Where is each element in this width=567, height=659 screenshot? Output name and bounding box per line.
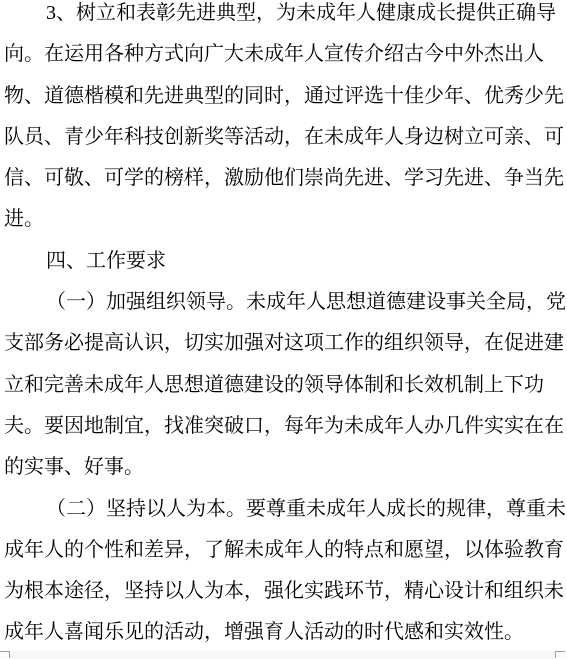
doc-line: 支部务必提高认识，切实加强对这项工作的组织领导，在促进建 bbox=[4, 323, 565, 364]
doc-line: 立和完善未成年人思想道德建设的领导体制和长效机制上下功 bbox=[4, 365, 565, 406]
doc-line: 向。在运用各种方式向广大未成年人宣传介绍古今中外杰出人 bbox=[4, 34, 565, 75]
scroll-right-button[interactable] bbox=[555, 651, 565, 658]
paragraph-strengthen-org-leadership: （一）加强组织领导。未成年人思想道德建设事关全局，党 支部务必提高认识，切实加强… bbox=[4, 282, 565, 488]
scrollbar-track[interactable] bbox=[10, 651, 555, 659]
paragraph-people-oriented: （二）坚持以人为本。要尊重未成年人成长的规律，尊重未 成年人的个性和差异，了解未… bbox=[4, 489, 565, 654]
document-text-block: 3、树立和表彰先进典型，为未成年人健康成长提供正确导 向。在运用各种方式向广大未… bbox=[4, 0, 565, 654]
doc-line: 成年人喜闻乐见的活动，增强育人活动的时代感和实效性。 bbox=[4, 612, 565, 653]
doc-line: 队员、青少年科技创新奖等活动，在未成年人身边树立可亲、可 bbox=[4, 117, 565, 158]
doc-line: 3、树立和表彰先进典型，为未成年人健康成长提供正确导 bbox=[4, 0, 565, 34]
doc-line: 信、可敬、可学的榜样，激励他们崇尚先进、学习先进、争当先 bbox=[4, 158, 565, 199]
doc-line: 为根本途径，坚持以人为本，强化实践环节，精心设计和组织未 bbox=[4, 571, 565, 612]
doc-line: 的实事、好事。 bbox=[4, 447, 565, 488]
scroll-left-button[interactable] bbox=[0, 651, 10, 658]
document-page: 3、树立和表彰先进典型，为未成年人健康成长提供正确导 向。在运用各种方式向广大未… bbox=[0, 0, 567, 659]
doc-line: （一）加强组织领导。未成年人思想道德建设事关全局，党 bbox=[4, 282, 565, 323]
heading-work-requirements: 四、工作要求 bbox=[4, 241, 565, 282]
doc-line: 进。 bbox=[4, 199, 565, 240]
doc-line: 成年人的个性和差异，了解未成年人的特点和愿望，以体验教育 bbox=[4, 530, 565, 571]
paragraph-advanced-models: 3、树立和表彰先进典型，为未成年人健康成长提供正确导 向。在运用各种方式向广大未… bbox=[4, 0, 565, 241]
doc-line: （二）坚持以人为本。要尊重未成年人成长的规律，尊重未 bbox=[4, 489, 565, 530]
doc-line: 夫。要因地制宜，找准突破口，每年为未成年人办几件实实在在 bbox=[4, 406, 565, 447]
horizontal-scrollbar[interactable] bbox=[0, 650, 567, 659]
doc-line: 物、道德楷模和先进典型的同时，通过评选十佳少年、优秀少先 bbox=[4, 76, 565, 117]
doc-line: 四、工作要求 bbox=[4, 241, 565, 282]
